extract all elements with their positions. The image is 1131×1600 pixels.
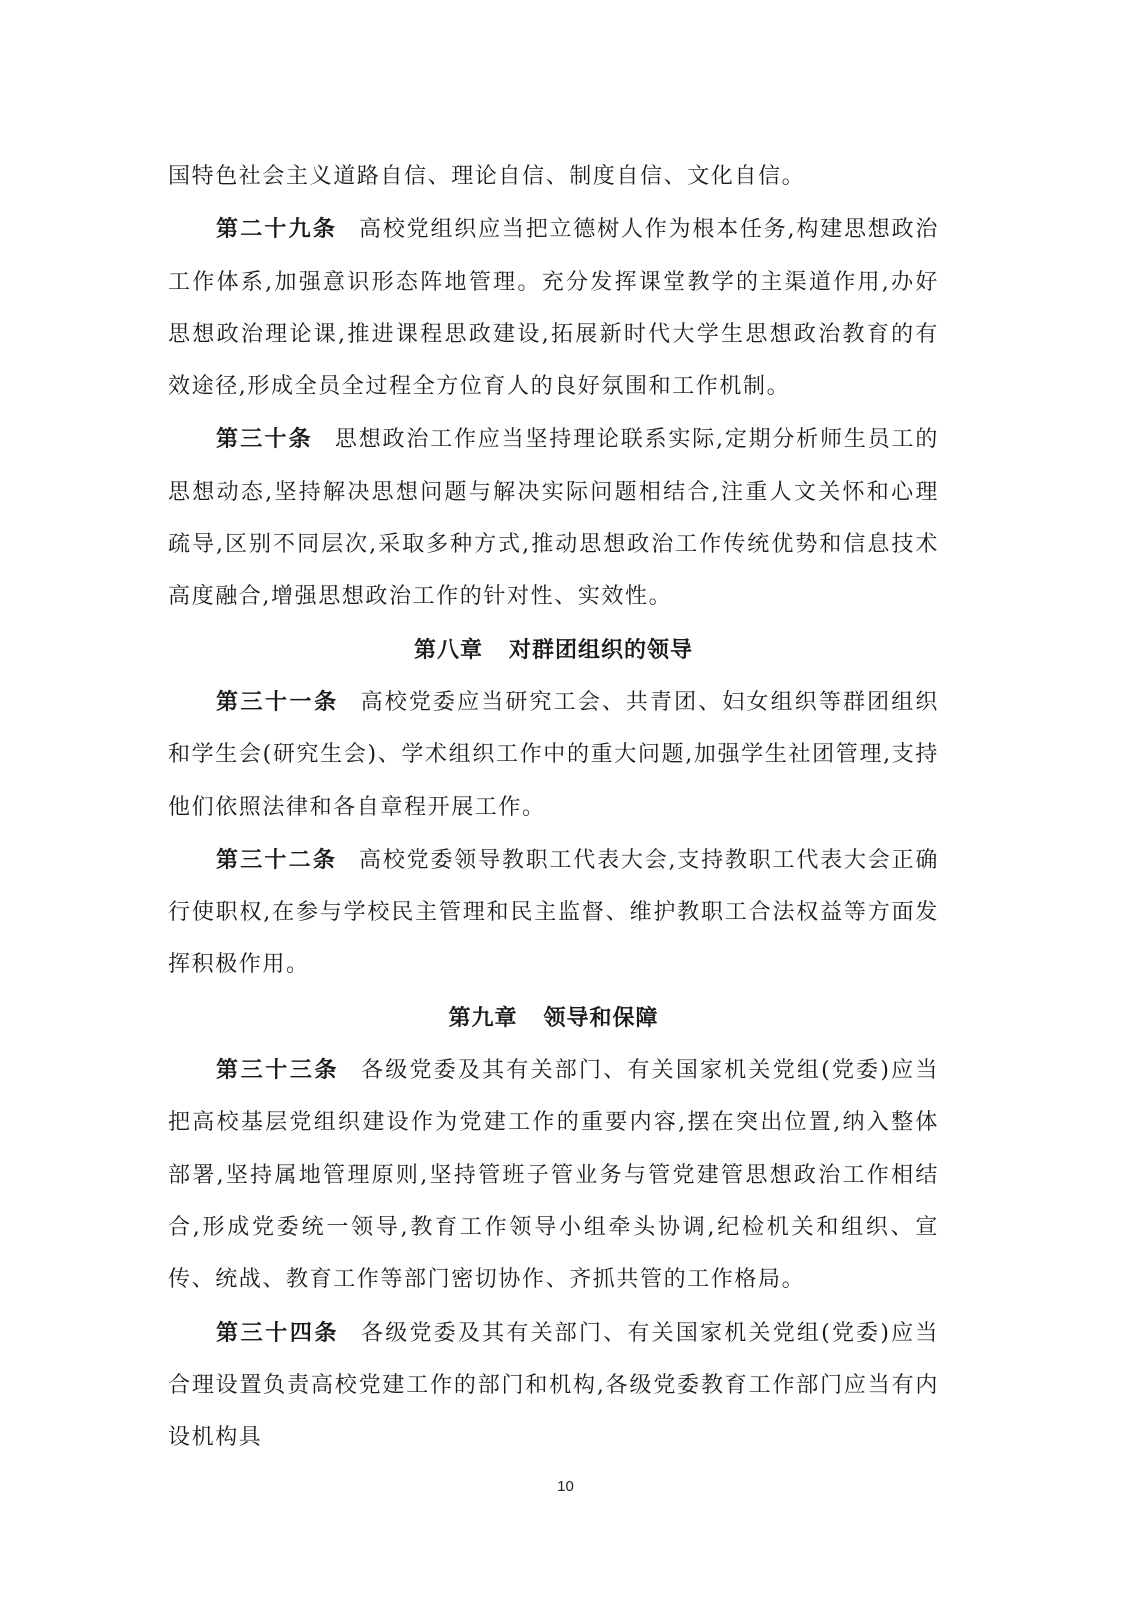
chapter-number: 第八章 — [414, 637, 483, 663]
article-number: 第三十一条 — [216, 689, 339, 715]
article-text: 各级党委及其有关部门、有关国家机关党组(党委)应当把高校基层党组织建设作为党建工… — [168, 1058, 939, 1292]
document-body: 国特色社会主义道路自信、理论自信、制度自信、文化自信。 第二十九条高校党组织应当… — [168, 151, 939, 1464]
chapter-title: 对群团组织的领导 — [509, 637, 693, 663]
article-text: 高校党组织应当把立德树人作为根本任务,构建思想政治工作体系,加强意识形态阵地管理… — [168, 217, 939, 399]
article-34: 第三十四条各级党委及其有关部门、有关国家机关党组(党委)应当合理设置负责高校党建… — [168, 1307, 939, 1465]
page-number: 10 — [0, 1478, 1131, 1495]
article-number: 第三十三条 — [216, 1057, 339, 1083]
article-30: 第三十条思想政治工作应当坚持理论联系实际,定期分析师生员工的思想动态,坚持解决思… — [168, 413, 939, 623]
article-32: 第三十二条高校党委领导教职工代表大会,支持教职工代表大会正确行使职权,在参与学校… — [168, 834, 939, 992]
article-33: 第三十三条各级党委及其有关部门、有关国家机关党组(党委)应当把高校基层党组织建设… — [168, 1044, 939, 1306]
article-number: 第三十四条 — [216, 1320, 339, 1346]
chapter-number: 第九章 — [448, 1005, 517, 1031]
article-number: 第三十条 — [216, 426, 313, 452]
chapter-heading-9: 第九章领导和保障 — [168, 992, 939, 1044]
article-number: 第三十二条 — [216, 847, 337, 873]
article-number: 第二十九条 — [216, 216, 337, 242]
article-31: 第三十一条高校党委应当研究工会、共青团、妇女组织等群团组织和学生会(研究生会)、… — [168, 676, 939, 834]
chapter-heading-8: 第八章对群团组织的领导 — [168, 624, 939, 676]
article-29: 第二十九条高校党组织应当把立德树人作为根本任务,构建思想政治工作体系,加强意识形… — [168, 203, 939, 413]
chapter-title: 领导和保障 — [544, 1005, 659, 1031]
document-page: 国特色社会主义道路自信、理论自信、制度自信、文化自信。 第二十九条高校党组织应当… — [0, 0, 1131, 1600]
paragraph-text: 国特色社会主义道路自信、理论自信、制度自信、文化自信。 — [168, 164, 805, 189]
paragraph-continuation: 国特色社会主义道路自信、理论自信、制度自信、文化自信。 — [168, 151, 939, 203]
article-text: 思想政治工作应当坚持理论联系实际,定期分析师生员工的思想动态,坚持解决思想问题与… — [168, 427, 939, 609]
